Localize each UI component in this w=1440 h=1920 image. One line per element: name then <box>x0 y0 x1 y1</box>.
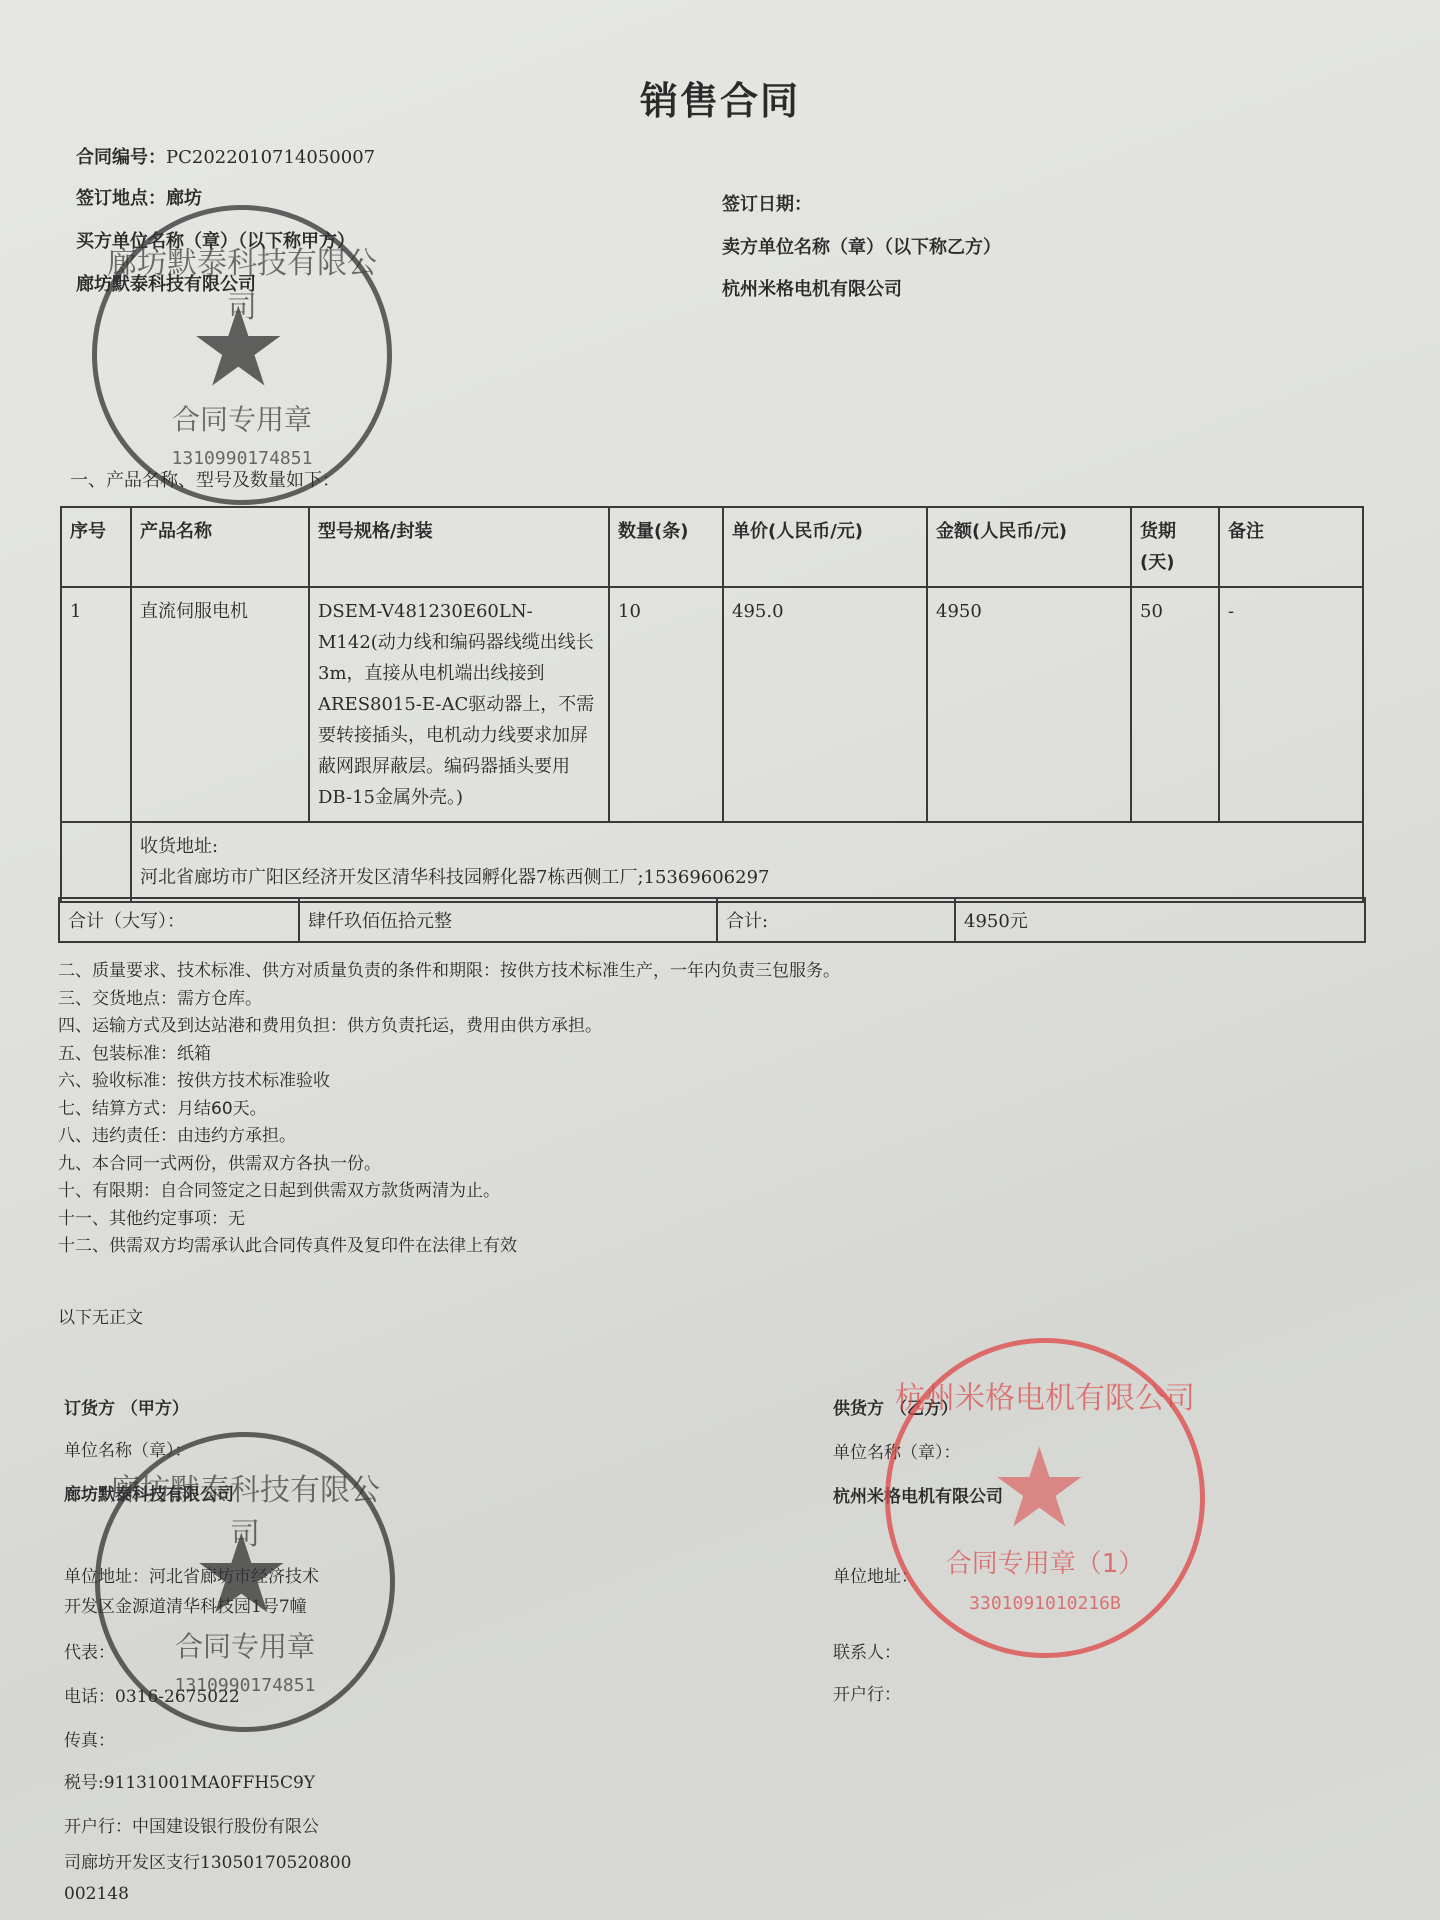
star-icon: ★ <box>990 1433 1089 1543</box>
col-header-lead-time: 货期(天) <box>1131 507 1219 587</box>
col-header-amount: 金额(人民币/元) <box>927 507 1131 587</box>
term-item: 九、本合同一式两份，供需双方各执一份。 <box>58 1151 840 1179</box>
term-item: 十、有限期：自合同签定之日起到供需双方款货两清为止。 <box>58 1178 840 1206</box>
term-item: 七、结算方式：月结60天。 <box>58 1096 840 1124</box>
seller-unit-name: 杭州米格电机有限公司 <box>833 1482 1003 1507</box>
buyer-bank-line2: 司廊坊开发区支行13050170520800 <box>64 1848 351 1873</box>
seller-heading: 供货方 （乙方） <box>833 1394 958 1419</box>
table-header-row: 序号 产品名称 型号规格/封装 数量(条) 单价(人民币/元) 金额(人民币/元… <box>61 507 1363 587</box>
buyer-phone: 电话：0316-2675022 <box>64 1682 240 1707</box>
col-header-qty: 数量(条) <box>609 507 723 587</box>
sign-place: 签订地点：廊坊 <box>76 184 202 210</box>
col-header-product: 产品名称 <box>131 507 309 587</box>
delivery-address-label: 收货地址: <box>140 831 1354 862</box>
seller-contact-label: 联系人： <box>833 1638 901 1663</box>
total-label: 合计: <box>717 898 955 942</box>
seller-bank-label: 开户行： <box>833 1680 901 1705</box>
total-upper-value: 肆仟玖佰伍拾元整 <box>299 898 717 942</box>
term-item: 二、质量要求、技术标准、供方对质量负责的条件和期限：按供方技术标准生产，一年内负… <box>58 958 840 986</box>
buyer-address-line2: 开发区金源道清华科技园1号7幢 <box>64 1592 307 1617</box>
address-row: 收货地址: 河北省廊坊市广阳区经济开发区清华科技园孵化器7栋西侧工厂;15369… <box>61 822 1363 902</box>
seller-name: 杭州米格电机有限公司 <box>722 275 902 301</box>
col-header-spec: 型号规格/封装 <box>309 507 609 587</box>
term-item: 五、包装标准：纸箱 <box>58 1041 840 1069</box>
cell-lead-time: 50 <box>1131 587 1219 822</box>
seller-address-label: 单位地址： <box>833 1562 918 1587</box>
col-header-unit-price: 单价(人民币/元) <box>723 507 927 587</box>
col-header-note: 备注 <box>1219 507 1363 587</box>
total-table: 合计（大写）： 肆仟玖佰伍拾元整 合计: 4950元 <box>58 897 1366 943</box>
delivery-address-value: 河北省廊坊市广阳区经济开发区清华科技园孵化器7栋西侧工厂;15369606297 <box>140 862 1354 893</box>
seller-stamp-sub: 合同专用章（1） <box>890 1543 1200 1580</box>
term-item: 十二、供需双方均需承认此合同传真件及复印件在法律上有效 <box>58 1233 840 1261</box>
term-item: 六、验收标准：按供方技术标准验收 <box>58 1068 840 1096</box>
buyer-stamp-sub: 合同专用章 <box>97 398 387 438</box>
buyer-bank-line1: 开户行：中国建设银行股份有限公 <box>64 1812 319 1837</box>
buyer-stamp-text: 廊坊默泰科技有限公司 <box>100 1465 390 1553</box>
buyer-unit-name: 廊坊默泰科技有限公司 <box>64 1480 234 1505</box>
term-item: 十一、其他约定事项：无 <box>58 1206 840 1234</box>
buyer-unit-name-label: 单位名称（章）： <box>64 1436 192 1461</box>
product-table: 序号 产品名称 型号规格/封装 数量(条) 单价(人民币/元) 金额(人民币/元… <box>60 506 1364 903</box>
cell-spec: DSEM-V481230E60LN-M142(动力线和编码器线缆出线长3m，直接… <box>309 587 609 822</box>
buyer-name: 廊坊默泰科技有限公司 <box>76 270 256 296</box>
buyer-label: 买方单位名称（章）（以下称甲方） <box>76 227 355 253</box>
document-title: 销售合同 <box>0 70 1440 125</box>
buyer-bank-line3: 002148 <box>64 1884 129 1904</box>
table-row: 1 直流伺服电机 DSEM-V481230E60LN-M142(动力线和编码器线… <box>61 587 1363 822</box>
section-1-heading: 一、产品名称、型号及数量如下： <box>70 466 340 492</box>
buyer-stamp-sub: 合同专用章 <box>100 1625 390 1665</box>
buyer-fax-label: 传真： <box>64 1726 115 1751</box>
term-item: 三、交货地点：需方仓库。 <box>58 986 840 1014</box>
term-item: 八、违约责任：由违约方承担。 <box>58 1123 840 1151</box>
buyer-rep-label: 代表： <box>64 1638 115 1663</box>
delivery-address: 收货地址: 河北省廊坊市广阳区经济开发区清华科技园孵化器7栋西侧工厂;15369… <box>131 822 1363 902</box>
seller-label: 卖方单位名称（章）（以下称乙方） <box>722 233 1001 259</box>
cell-amount: 4950 <box>927 587 1131 822</box>
seller-stamp-number: 3301091010216B <box>890 1593 1200 1614</box>
cell-note: - <box>1219 587 1363 822</box>
end-note: 以下无正文 <box>58 1303 143 1328</box>
terms-list: 二、质量要求、技术标准、供方对质量负责的条件和期限：按供方技术标准生产，一年内负… <box>58 958 840 1261</box>
seller-unit-name-label: 单位名称（章）： <box>833 1438 961 1463</box>
cell-index: 1 <box>61 587 131 822</box>
cell-product: 直流伺服电机 <box>131 587 309 822</box>
total-value: 4950元 <box>955 898 1365 942</box>
col-header-index: 序号 <box>61 507 131 587</box>
term-item: 四、运输方式及到达站港和费用负担：供方负责托运，费用由供方承担。 <box>58 1013 840 1041</box>
buyer-tax-no: 税号:91131001MA0FFH5C9Y <box>64 1768 315 1793</box>
contract-number: 合同编号：PC2022010714050007 <box>76 143 375 169</box>
total-upper-label: 合计（大写）： <box>59 898 299 942</box>
cell-qty: 10 <box>609 587 723 822</box>
star-icon: ★ <box>189 292 288 402</box>
buyer-address-line1: 单位地址：河北省廊坊市经济技术 <box>64 1562 319 1587</box>
buyer-heading: 订货方 （甲方） <box>64 1394 189 1419</box>
cell-unit-price: 495.0 <box>723 587 927 822</box>
sign-date-label: 签订日期： <box>722 190 812 216</box>
